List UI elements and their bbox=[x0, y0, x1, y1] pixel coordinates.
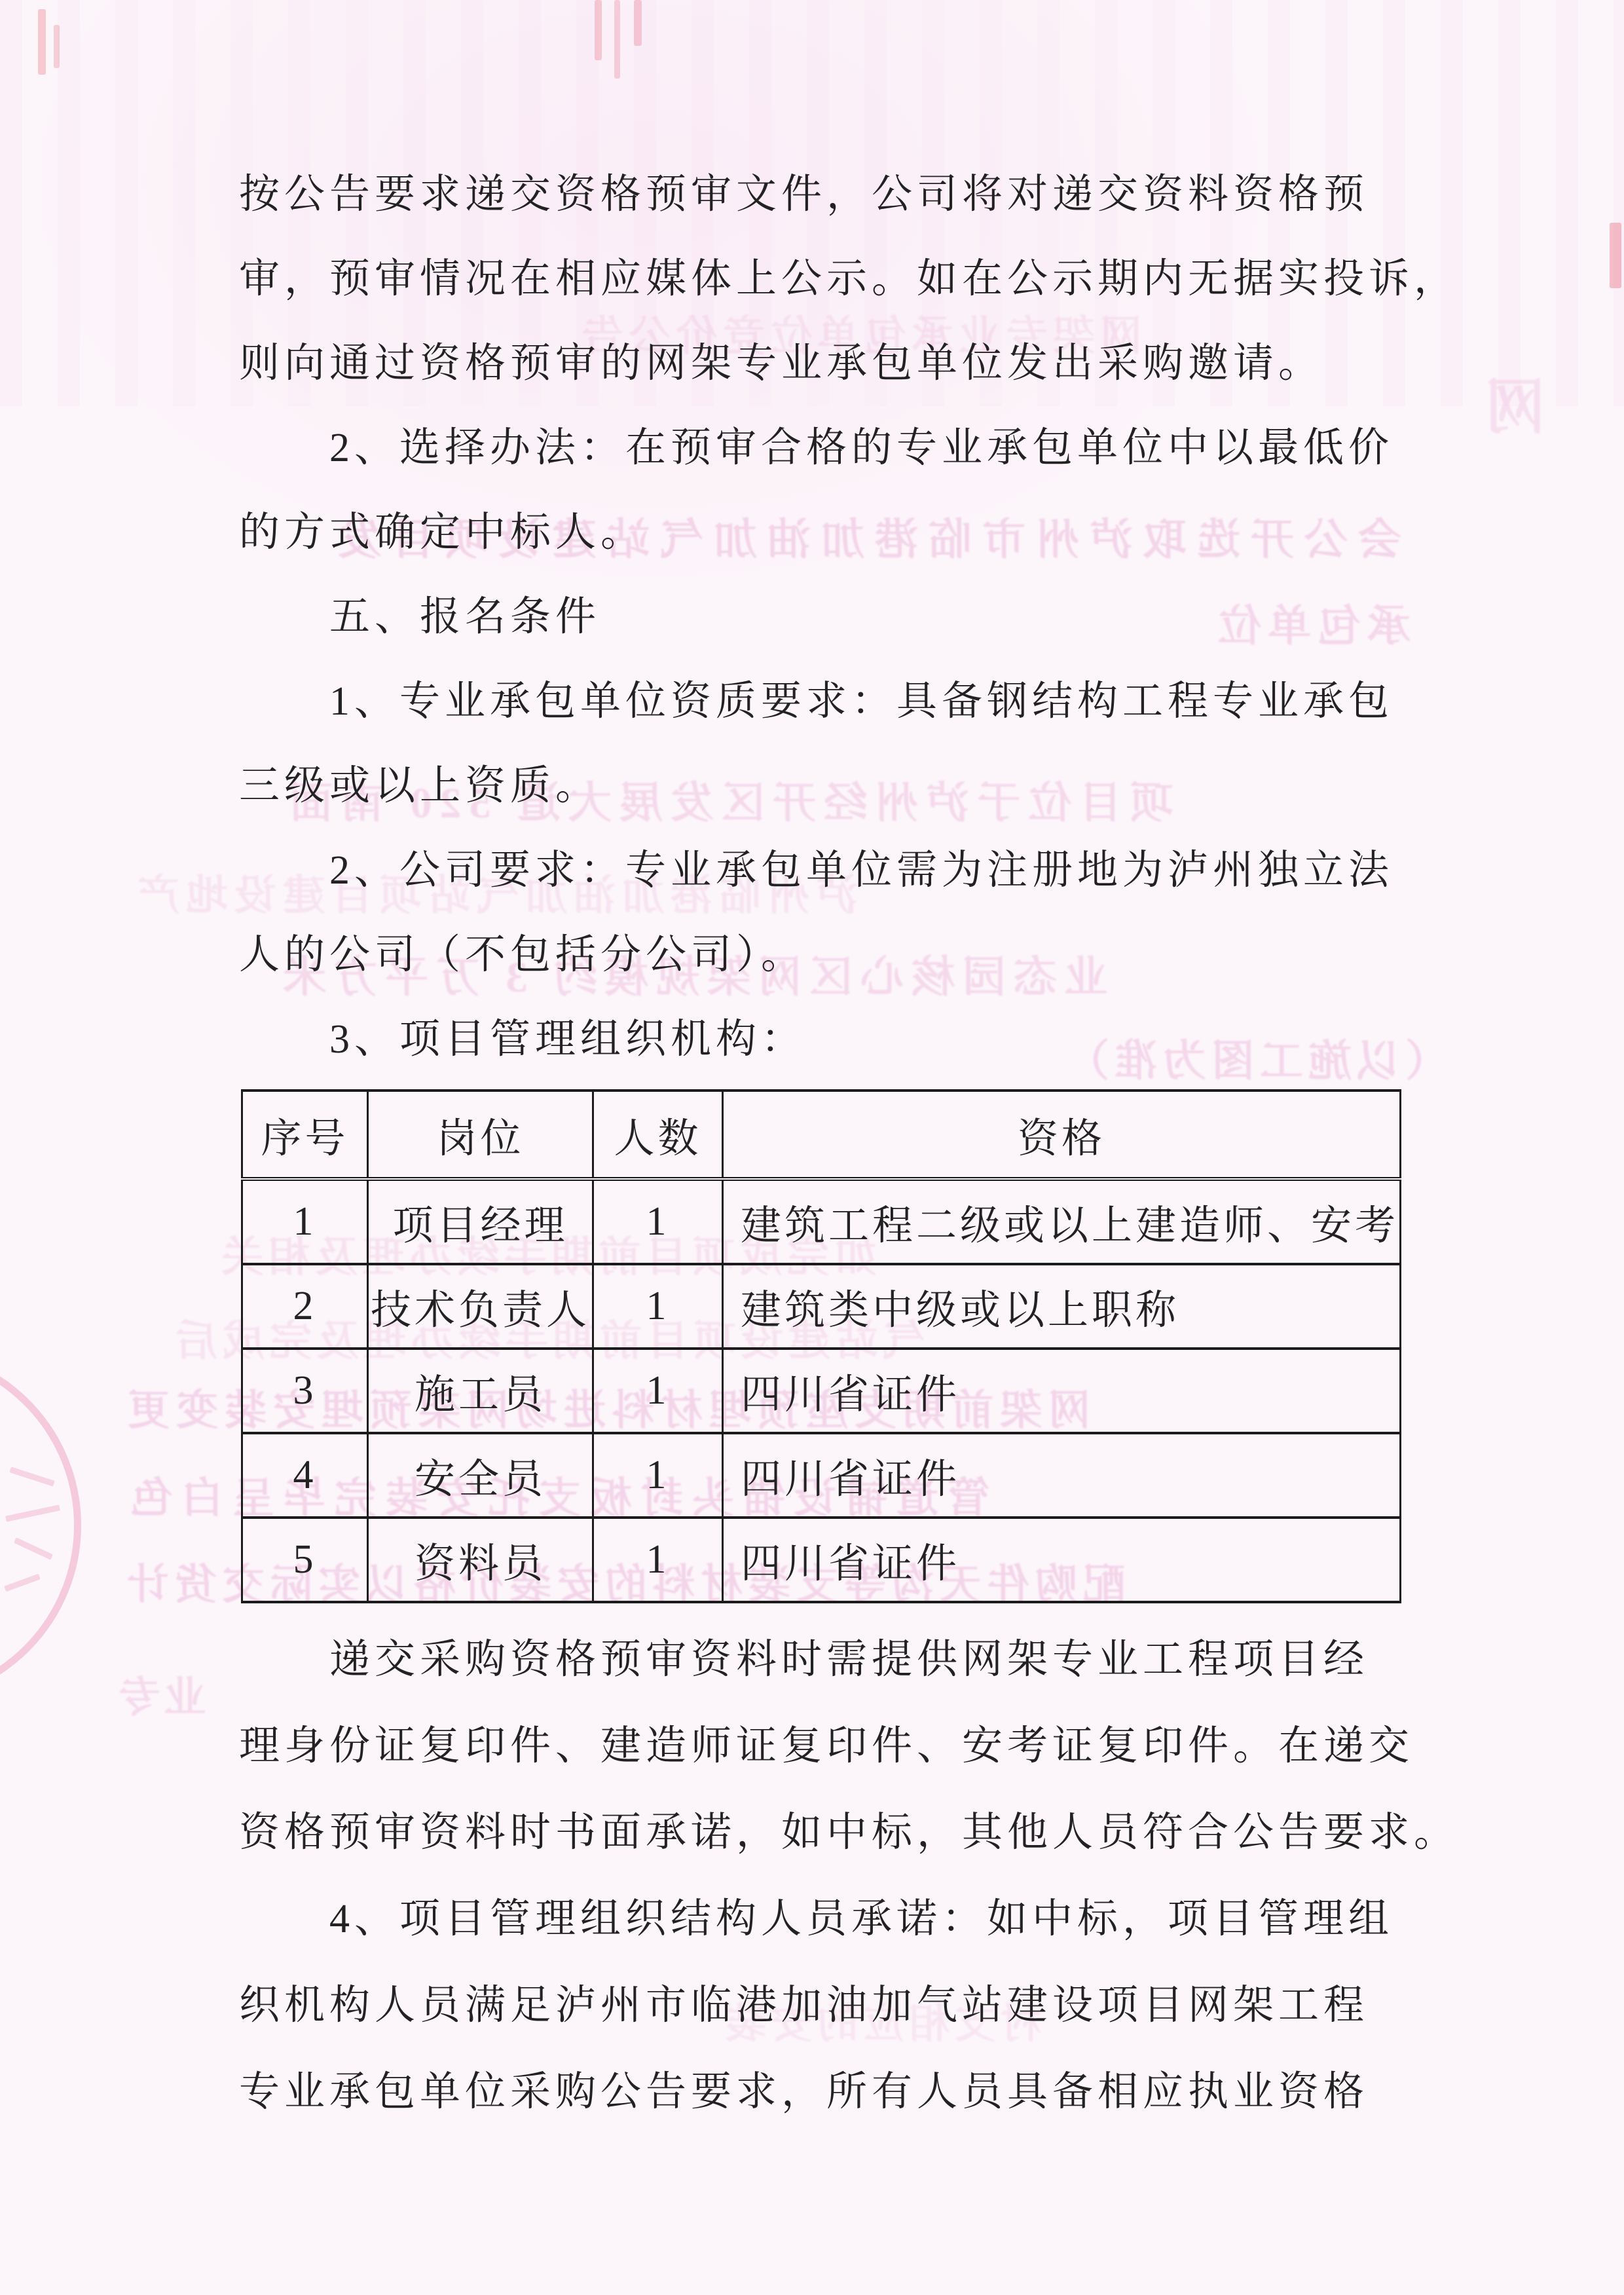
cell-seq: 2 bbox=[242, 1264, 368, 1349]
table-row: 2 技术负责人 1 建筑类中级或以上职称 bbox=[242, 1264, 1401, 1349]
paragraphs-before-table: 按公告要求递交资格预审文件，公司将对递交资料资格预 审，预审情况在相应媒体上公示… bbox=[239, 153, 1444, 1082]
paragraphs-after-table: 递交采购资格预审资料时需提供网架专业工程项目经 理身份证复印件、建造师证复印件、… bbox=[239, 1616, 1450, 2135]
doc-line: 三级或以上资质。 bbox=[239, 744, 1444, 829]
stamp-stroke bbox=[4, 1574, 41, 1592]
cell-count: 1 bbox=[593, 1264, 723, 1349]
doc-line section-heading: 五、报名条件 bbox=[239, 575, 1444, 660]
cell-count: 1 bbox=[593, 1179, 723, 1264]
doc-line: 的方式确定中标人。 bbox=[239, 491, 1444, 575]
doc-line: 按公告要求递交资格预审文件，公司将对递交资料资格预 bbox=[239, 153, 1444, 237]
doc-line: 审，预审情况在相应媒体上公示。如在公示期内无据实投诉， bbox=[239, 237, 1444, 322]
doc-line: 专业承包单位采购公告要求，所有人员具备相应执业资格 bbox=[239, 2049, 1450, 2135]
doc-line: 4、项目管理组织结构人员承诺：如中标，项目管理组 bbox=[239, 1876, 1450, 1962]
cell-post: 项目经理 bbox=[368, 1179, 593, 1264]
cell-seq: 3 bbox=[242, 1349, 368, 1433]
cell-qual: 四川省证件 bbox=[723, 1518, 1401, 1602]
table-row: 1 项目经理 1 建筑工程二级或以上建造师、安考 B 证 bbox=[242, 1179, 1401, 1264]
header-qual: 资格 bbox=[723, 1091, 1401, 1179]
cell-count: 1 bbox=[593, 1518, 723, 1602]
red-mark bbox=[38, 9, 46, 75]
cell-seq: 1 bbox=[242, 1179, 368, 1264]
table-row: 5 资料员 1 四川省证件 bbox=[242, 1518, 1401, 1602]
table-row: 4 安全员 1 四川省证件 bbox=[242, 1433, 1401, 1518]
doc-line: 资格预审资料时书面承诺，如中标，其他人员符合公告要求。 bbox=[239, 1789, 1450, 1876]
doc-line: 人的公司（不包括分公司）。 bbox=[239, 913, 1444, 998]
doc-line: 3、项目管理组织机构： bbox=[239, 998, 1444, 1082]
cell-seq: 5 bbox=[242, 1518, 368, 1602]
org-structure-table: 序号 岗位 人数 资格 1 项目经理 1 建筑工程二级或以上建造师、安考 B 证… bbox=[241, 1089, 1401, 1603]
stamp-stroke bbox=[9, 1466, 54, 1486]
doc-line: 理身份证复印件、建造师证复印件、安考证复印件。在递交 bbox=[239, 1703, 1450, 1789]
stamp-stroke bbox=[5, 1504, 60, 1521]
cell-post: 资料员 bbox=[368, 1518, 593, 1602]
bleedthrough-text: 网 bbox=[1485, 359, 1545, 445]
partial-stamp-icon bbox=[0, 1348, 81, 1703]
header-count: 人数 bbox=[593, 1091, 723, 1179]
scanned-document-page: { "page": { "background": "#fcf5fa", "te… bbox=[0, 0, 1624, 2295]
doc-line: 1、专业承包单位资质要求：具备钢结构工程专业承包 bbox=[239, 660, 1444, 744]
doc-line: 则向通过资格预审的网架专业承包单位发出采购邀请。 bbox=[239, 322, 1444, 406]
doc-line: 递交采购资格预审资料时需提供网架专业工程项目经 bbox=[239, 1616, 1450, 1703]
bleedthrough-text: 业专 bbox=[115, 1664, 206, 1724]
cell-count: 1 bbox=[593, 1433, 723, 1518]
doc-line: 2、公司要求：专业承包单位需为注册地为泸州独立法 bbox=[239, 829, 1444, 913]
stamp-stroke bbox=[14, 1537, 53, 1559]
cell-post: 施工员 bbox=[368, 1349, 593, 1433]
header-post: 岗位 bbox=[368, 1091, 593, 1179]
cell-post: 安全员 bbox=[368, 1433, 593, 1518]
cell-qual: 四川省证件 bbox=[723, 1349, 1401, 1433]
doc-line: 织机构人员满足泸州市临港加油加气站建设项目网架工程 bbox=[239, 1962, 1450, 2049]
cell-count: 1 bbox=[593, 1349, 723, 1433]
red-mark bbox=[54, 25, 60, 68]
table-row: 3 施工员 1 四川省证件 bbox=[242, 1349, 1401, 1433]
cell-qual: 建筑工程二级或以上建造师、安考 B 证 bbox=[723, 1179, 1401, 1264]
red-mark bbox=[1610, 223, 1621, 288]
cell-qual: 四川省证件 bbox=[723, 1433, 1401, 1518]
red-mark bbox=[614, 0, 620, 79]
cell-qual: 建筑类中级或以上职称 bbox=[723, 1264, 1401, 1349]
table-header-row: 序号 岗位 人数 资格 bbox=[242, 1091, 1401, 1179]
red-mark bbox=[634, 0, 642, 46]
cell-post: 技术负责人 bbox=[368, 1264, 593, 1349]
cell-seq: 4 bbox=[242, 1433, 368, 1518]
red-mark bbox=[595, 0, 602, 60]
doc-line: 2、选择办法：在预审合格的专业承包单位中以最低价 bbox=[239, 406, 1444, 491]
header-seq: 序号 bbox=[242, 1091, 368, 1179]
